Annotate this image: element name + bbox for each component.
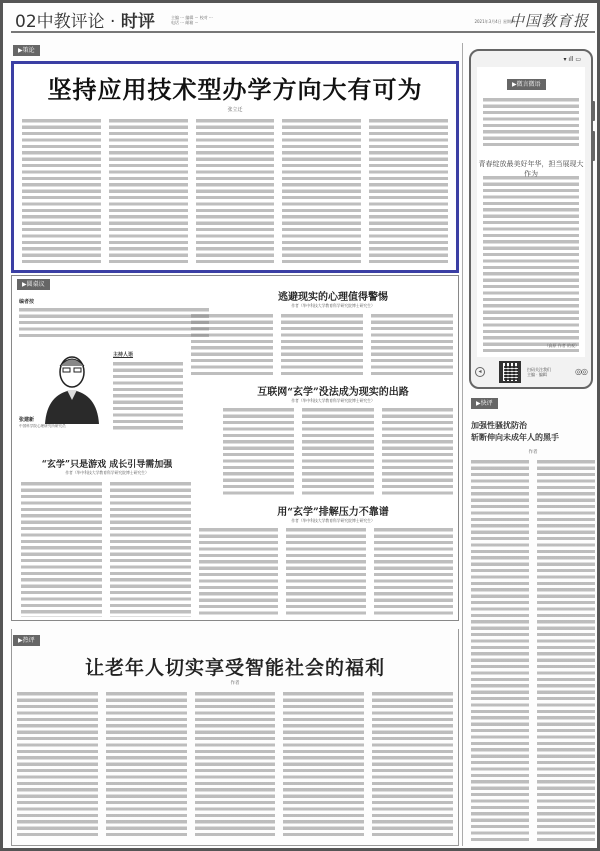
text-column bbox=[17, 691, 98, 839]
editor-note-text bbox=[19, 307, 209, 337]
newspaper-page: 02中教评论 · 时评 主编 ··· 编辑 ··· 校对 ··· 电话 ··· … bbox=[0, 0, 600, 851]
masthead-meta: 主编 ··· 编辑 ··· 校对 ··· 电话 ··· 邮箱 ··· bbox=[171, 15, 271, 25]
article-title[interactable]: 互联网“玄学”没法成为现实的出路 bbox=[213, 383, 453, 398]
phone-body-text bbox=[483, 175, 579, 355]
text-column bbox=[282, 118, 361, 264]
article-title[interactable]: 加强性骚扰防治 斩断伸向未成年人的黑手 bbox=[471, 419, 595, 443]
article-title[interactable]: “玄学”只是游戏 成长引导需加强 bbox=[17, 457, 197, 470]
text-column bbox=[223, 407, 294, 495]
host-label: 主持人语 bbox=[113, 351, 133, 358]
phone-bottom-bar: ◂ 扫码关注我们 主编 · 编辑 ◎◎ bbox=[471, 361, 591, 387]
article-title: 坚持应用技术型办学方向大有可为 bbox=[14, 70, 456, 105]
section-tag-top: ▶策论 bbox=[13, 45, 40, 56]
text-column bbox=[286, 527, 365, 617]
phone-signature: （高原 作者 的观） bbox=[544, 343, 579, 349]
article-title[interactable]: 逃避现实的心理值得警惕 bbox=[213, 288, 453, 303]
phone-panel: ▾ ıll ▭ ▶微言微语 青春绽放最美好年华，担当展现大作为 （高原 作者 的… bbox=[469, 49, 593, 389]
text-column bbox=[281, 313, 363, 375]
text-column bbox=[302, 407, 373, 495]
article-body bbox=[199, 527, 453, 617]
highlighted-article[interactable]: 坚持应用技术型办学方向大有可为 张立迁 bbox=[11, 61, 459, 273]
subsection-name: 时评 bbox=[121, 12, 155, 32]
text-column bbox=[371, 313, 453, 375]
text-column bbox=[110, 481, 191, 617]
portrait-name: 张建新 bbox=[19, 416, 34, 423]
masthead: 02中教评论 · 时评 主编 ··· 编辑 ··· 校对 ··· 电话 ··· … bbox=[11, 7, 595, 33]
article-title[interactable]: 用“玄学”排解压力不靠谱 bbox=[213, 503, 453, 518]
text-column bbox=[199, 527, 278, 617]
article-title[interactable]: 让老年人切实享受智能社会的福利 bbox=[11, 653, 459, 680]
newspaper-logo: 中国教育报 bbox=[509, 10, 589, 31]
section-tag-quick-comment: ▶快评 bbox=[471, 398, 498, 409]
article-author: 作者（华中科技大学教育科学研究院博士研究生） bbox=[213, 398, 453, 404]
meta-line: 电话 ··· 邮箱 ··· bbox=[171, 20, 271, 25]
article-author: 作者 bbox=[471, 449, 595, 455]
text-column bbox=[195, 691, 276, 839]
article-author: 张立迁 bbox=[14, 106, 456, 113]
article-author: 作者（华中科技大学教育科学研究院博士研究生） bbox=[213, 303, 453, 309]
title-line: 加强性骚扰防治 bbox=[471, 419, 595, 431]
phone-side-button bbox=[592, 131, 595, 161]
qr-caption-line: 主编 · 编辑 bbox=[527, 372, 567, 377]
article-body bbox=[471, 459, 595, 844]
text-column bbox=[382, 407, 453, 495]
phone-section-tag: ▶微言微语 bbox=[507, 79, 546, 90]
qr-pattern bbox=[504, 366, 518, 380]
page-heading: 02中教评论 · 时评 bbox=[15, 7, 155, 32]
article-author: 作者 bbox=[11, 680, 459, 686]
text-column bbox=[372, 691, 453, 839]
section-tag-roundtable: ▶圆桌议 bbox=[17, 279, 50, 290]
phone-status-icons: ▾ ıll ▭ bbox=[564, 56, 582, 63]
host-text bbox=[113, 361, 183, 431]
section-separator: · bbox=[110, 12, 115, 32]
text-column bbox=[471, 459, 529, 844]
share-icon[interactable]: ◎◎ bbox=[575, 367, 587, 376]
portrait-illustration bbox=[41, 348, 103, 424]
portrait-affiliation: 中国科学院心理研究所研究员 bbox=[19, 424, 109, 429]
title-line: 斩断伸向未成年人的黑手 bbox=[471, 431, 595, 443]
back-icon[interactable]: ◂ bbox=[475, 367, 485, 377]
phone-screen: ▶微言微语 青春绽放最美好年华，担当展现大作为 （高原 作者 的观） bbox=[477, 67, 585, 357]
text-column bbox=[283, 691, 364, 839]
article-body bbox=[223, 407, 453, 495]
qr-code[interactable] bbox=[499, 361, 521, 383]
article-body bbox=[17, 691, 453, 839]
phone-intro-text bbox=[483, 97, 579, 149]
article-author: 作者（华中科技大学教育科学研究院博士研究生） bbox=[17, 470, 197, 476]
text-column bbox=[369, 118, 448, 264]
article-body bbox=[22, 118, 448, 264]
text-column bbox=[537, 459, 595, 844]
article-body bbox=[21, 481, 191, 617]
text-column bbox=[21, 481, 102, 617]
text-column bbox=[196, 118, 275, 264]
page-number: 02 bbox=[15, 12, 37, 32]
article-author: 作者（华中科技大学教育科学研究院博士研究生） bbox=[213, 518, 453, 524]
qr-caption: 扫码关注我们 主编 · 编辑 bbox=[527, 367, 567, 377]
phone-side-button bbox=[592, 101, 595, 121]
text-column bbox=[109, 118, 188, 264]
column-divider bbox=[462, 43, 463, 846]
text-column bbox=[106, 691, 187, 839]
text-column bbox=[374, 527, 453, 617]
text-column bbox=[191, 313, 273, 375]
text-column bbox=[22, 118, 101, 264]
editor-note-label: 编者按 bbox=[19, 298, 34, 305]
article-body bbox=[191, 313, 453, 375]
section-name: 中教评论 bbox=[37, 12, 105, 32]
